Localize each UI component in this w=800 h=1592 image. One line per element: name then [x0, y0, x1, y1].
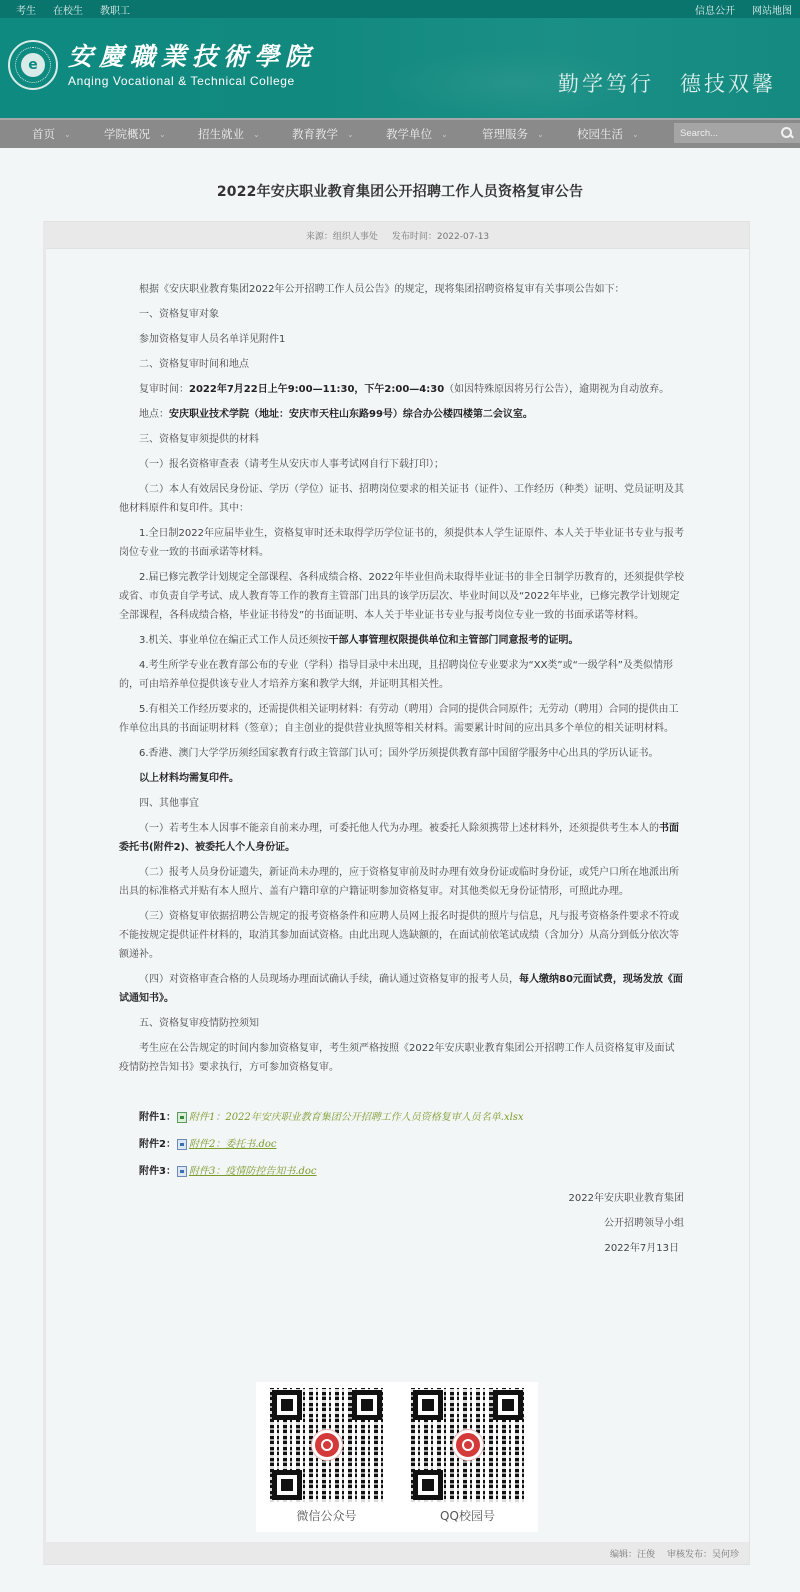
paragraph: 1.全日制2022年应届毕业生，资格复审时还未取得学历学位证书的，须提供本人学生…	[119, 524, 684, 562]
review-location: 地点：安庆职业技术学院（地址：安庆市天柱山东路99号）综合办公楼四楼第二会议室。	[119, 405, 684, 424]
nav-item-services[interactable]: 管理服务⌄	[482, 120, 544, 148]
top-utility-bar: 考生 在校生 教职工 信息公开 网站地图	[0, 0, 800, 18]
paragraph: 3.机关、事业单位在编正式工作人员还须按干部人事管理权限提供单位和主管部门同意报…	[119, 631, 684, 650]
qr-code-card: 微信公众号 QQ校园号	[256, 1382, 538, 1532]
attachment-link[interactable]: 附件1：2022年安庆职业教育集团公开招聘工作人员资格复审人员名单.xlsx	[189, 1108, 524, 1127]
chevron-down-icon: ⌄	[64, 130, 71, 139]
search-box	[674, 123, 800, 143]
section-heading: 四、其他事宜	[119, 794, 684, 813]
attachment-link[interactable]: 附件3：疫情防控告知书.doc	[189, 1162, 317, 1181]
link-current-students[interactable]: 在校生	[53, 2, 83, 17]
chevron-down-icon: ⌄	[632, 130, 639, 139]
nav-item-admissions[interactable]: 招生就业⌄	[198, 120, 260, 148]
article-body: 根据《安庆职业教育集团2022年公开招聘工作人员公告》的规定，现将集团招聘资格复…	[119, 280, 684, 1264]
nav-label: 首页	[32, 126, 55, 142]
attachment-label: 附件2：	[139, 1135, 176, 1154]
college-motto: 勤学笃行 德技双馨	[558, 68, 776, 98]
word-file-icon	[177, 1166, 187, 1177]
paragraph: （二）本人有效居民身份证、学历（学位）证书、招聘岗位要求的相关证书（证件）、工作…	[119, 480, 684, 518]
qr-label: 微信公众号	[296, 1507, 356, 1524]
nav-item-home[interactable]: 首页⌄	[32, 120, 71, 148]
link-staff[interactable]: 教职工	[100, 2, 130, 17]
article-source: 来源：组织人事处	[306, 229, 378, 242]
reviewer: 审核发布：吴何珍	[667, 1547, 739, 1560]
link-info-disclosure[interactable]: 信息公开	[695, 2, 735, 17]
attachment-2: 附件2： 附件2：委托书.doc	[119, 1135, 684, 1154]
review-time: 复审时间：2022年7月22日上午9:00—11:30，下午2:00—4:30（…	[119, 380, 684, 399]
attachment-label: 附件1：	[139, 1108, 176, 1127]
search-input[interactable]	[680, 128, 770, 139]
main-nav: 首页⌄ 学院概况⌄ 招生就业⌄ 教育教学⌄ 教学单位⌄ 管理服务⌄ 校园生活⌄	[0, 118, 800, 148]
college-seal-icon: e	[8, 40, 58, 90]
qr-code-icon	[411, 1388, 525, 1502]
nav-item-education[interactable]: 教育教学⌄	[292, 120, 354, 148]
attachment-label: 附件3：	[139, 1162, 176, 1181]
intro-paragraph: 根据《安庆职业教育集团2022年公开招聘工作人员公告》的规定，现将集团招聘资格复…	[119, 280, 684, 299]
chevron-down-icon: ⌄	[253, 130, 260, 139]
attachment-3: 附件3： 附件3：疫情防控告知书.doc	[119, 1162, 684, 1181]
nav-label: 学院概况	[104, 126, 150, 142]
chevron-down-icon: ⌄	[159, 130, 166, 139]
college-name-en: Anqing Vocational & Technical College	[68, 74, 316, 88]
paragraph: （一）若考生本人因事不能亲自前来办理，可委托他人代为办理。被委托人除须携带上述材…	[119, 819, 684, 857]
article-title: 2022年安庆职业教育集团公开招聘工作人员资格复审公告	[0, 181, 800, 201]
qr-qq: QQ校园号	[411, 1388, 525, 1532]
section-heading: 二、资格复审时间和地点	[119, 355, 684, 374]
chevron-down-icon: ⌄	[347, 130, 354, 139]
paragraph: （一）报名资格审查表（请考生从安庆市人事考试网自行下载打印）；	[119, 455, 684, 474]
nav-label: 管理服务	[482, 126, 528, 142]
paragraph: （三）资格复审依据招聘公告规定的报考资格条件和应聘人员网上报名时提供的照片与信息…	[119, 907, 684, 964]
college-name-cn: 安慶職業技術學院	[68, 42, 316, 72]
editor: 编辑：汪俊	[610, 1547, 655, 1560]
nav-item-campus-life[interactable]: 校园生活⌄	[577, 120, 639, 148]
paragraph: 参加资格复审人员名单详见附件1	[119, 330, 684, 349]
motto-part-2: 德技双馨	[680, 68, 776, 98]
paragraph: （二）报考人员身份证遗失，新证尚未办理的，应于资格复审前及时办理有效身份证或临时…	[119, 863, 684, 901]
qr-wechat: 微信公众号	[270, 1388, 384, 1532]
article-container: 来源：组织人事处 发布时间：2022-07-13 根据《安庆职业教育集团2022…	[43, 221, 750, 1565]
college-emblem-icon	[312, 1430, 342, 1460]
nav-label: 教育教学	[292, 126, 338, 142]
college-emblem-icon	[453, 1430, 483, 1460]
article-footer: 编辑：汪俊 审核发布：吴何珍	[46, 1542, 749, 1564]
nav-label: 校园生活	[577, 126, 623, 142]
excel-file-icon	[177, 1112, 187, 1123]
attachment-link[interactable]: 附件2：委托书.doc	[189, 1135, 277, 1154]
motto-part-1: 勤学笃行	[558, 68, 654, 98]
section-heading: 三、资格复审须提供的材料	[119, 430, 684, 449]
paragraph: 4.考生所学专业在教育部公布的专业（学科）指导目录中未出现，且招聘岗位专业要求为…	[119, 656, 684, 694]
signature-group: 公开招聘领导小组	[119, 1214, 684, 1233]
paragraph: 5.有相关工作经历要求的，还需提供相关证明材料：有劳动（聘用）合同的提供合同原件…	[119, 700, 684, 738]
chevron-down-icon: ⌄	[537, 130, 544, 139]
article-date: 发布时间：2022-07-13	[392, 229, 489, 242]
nav-item-about[interactable]: 学院概况⌄	[104, 120, 166, 148]
header-banner: e 安慶職業技術學院 Anqing Vocational & Technical…	[0, 18, 800, 118]
nav-item-departments[interactable]: 教学单位⌄	[386, 120, 448, 148]
chevron-down-icon: ⌄	[441, 130, 448, 139]
section-heading: 五、资格复审疫情防控须知	[119, 1014, 684, 1033]
link-students[interactable]: 考生	[16, 2, 36, 17]
word-file-icon	[177, 1139, 187, 1150]
link-sitemap[interactable]: 网站地图	[752, 2, 792, 17]
paragraph: 6.香港、澳门大学学历须经国家教育行政主管部门认可；国外学历须提供教育部中国留学…	[119, 744, 684, 763]
materials-note: 以上材料均需复印件。	[119, 769, 684, 788]
qr-label: QQ校园号	[440, 1507, 495, 1524]
paragraph: 2.届已修完教学计划规定全部课程、各科成绩合格、2022年毕业但尚未取得毕业证书…	[119, 568, 684, 625]
paragraph: （四）对资格审查合格的人员现场办理面试确认手续，确认通过资格复审的报考人员，每人…	[119, 970, 684, 1008]
signature-date: 2022年7月13日	[119, 1239, 684, 1258]
utility-links: 信息公开 网站地图	[695, 2, 792, 17]
qr-code-icon	[270, 1388, 384, 1502]
section-heading: 一、资格复审对象	[119, 305, 684, 324]
nav-label: 招生就业	[198, 126, 244, 142]
article-meta: 来源：组织人事处 发布时间：2022-07-13	[46, 222, 749, 249]
attachment-1: 附件1： 附件1：2022年安庆职业教育集团公开招聘工作人员资格复审人员名单.x…	[119, 1108, 684, 1127]
audience-links: 考生 在校生 教职工	[16, 2, 130, 17]
paragraph: 考生应在公告规定的时间内参加资格复审，考生须严格按照《2022年安庆职业教育集团…	[119, 1039, 684, 1077]
search-icon[interactable]	[780, 126, 794, 140]
signature-org: 2022年安庆职业教育集团	[119, 1189, 684, 1208]
college-logo[interactable]: e 安慶職業技術學院 Anqing Vocational & Technical…	[8, 40, 316, 90]
nav-label: 教学单位	[386, 126, 432, 142]
